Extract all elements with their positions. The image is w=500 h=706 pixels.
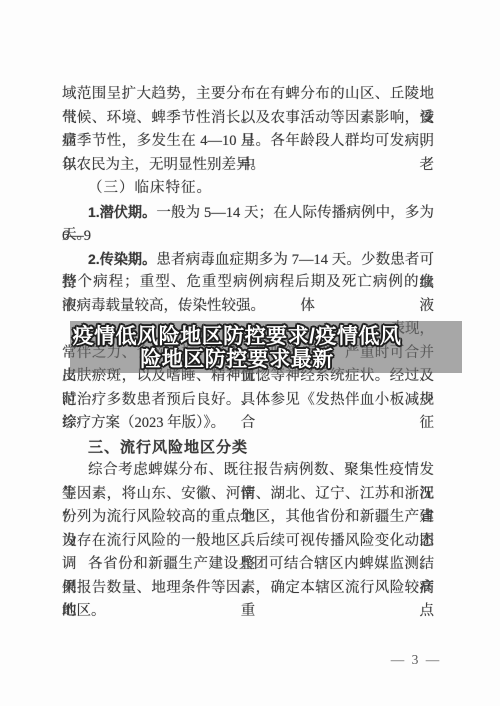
document-line: 综合考虑蜱媒分布、既往报告病例数、聚集性疫情发生情况	[62, 459, 434, 483]
document-run: 地区。	[62, 603, 106, 619]
document-run: 天。	[62, 227, 91, 243]
document-line: 域范围呈扩大趋势，主要分布在有蜱分布的山区、丘陵地带。受	[62, 83, 434, 107]
document-page: 域范围呈扩大趋势，主要分布在有蜱分布的山区、丘陵地带。受气候、环境、蜱季节性消长…	[0, 0, 500, 706]
watermark-title: 疫情低风险地区防控要求/疫情低风 险地区防控要求最新	[70, 325, 404, 371]
document-line: 显季节性，多发生在 4—10 月。各年龄段人群均可发病，以中老	[62, 130, 434, 154]
document-run-bold: 1.潜伏期。	[88, 204, 156, 220]
document-line: 1.潜伏期。一般为 5—14 天；在人际传播病例中，多为 6—9	[62, 201, 434, 225]
document-run: 年农民为主，无明显性别差异。	[62, 157, 265, 173]
watermark-title-line1: 疫情低风险地区防控要求/疫情低风	[70, 325, 404, 348]
document-line: 整个病程；重型、危重型病例病程后期及死亡病例的血液、体液	[62, 271, 434, 295]
watermark-title-line2: 险地区防控要求最新	[70, 348, 404, 371]
document-line: 范治疗多数患者预后良好。具体参见《发热伴血小板减少综合征	[62, 389, 434, 413]
document-run: 三、流行风险地区分类	[88, 439, 248, 456]
document-run-bold: 2.传染期。	[88, 251, 156, 267]
document-run: （三）临床特征。	[88, 180, 212, 196]
document-line: 份列为流行风险较高的重点地区，其他省份和新疆生产建设兵团	[62, 506, 434, 530]
document-line: 各省份和新疆生产建设兵团可结合辖区内蜱媒监测结果、病	[62, 553, 434, 577]
document-line: 2.传染期。患者病毒血症期多为 7—14 天。少数患者可持续	[62, 248, 434, 272]
document-line: 等因素，将山东、安徽、河南、湖北、辽宁、江苏和浙江 7 个省	[62, 483, 434, 507]
document-line: （三）临床特征。	[62, 177, 434, 201]
document-line: 三、流行风险地区分类	[62, 436, 434, 460]
document-run: 中病毒载量较高，传染性较强。	[62, 298, 265, 314]
document-run: 例报告数量、地理条件等因素，确定本辖区流行风险较高的重点	[62, 580, 434, 620]
document-line: 例报告数量、地理条件等因素，确定本辖区流行风险较高的重点	[62, 577, 434, 601]
document-line: 天。	[62, 224, 434, 248]
document-line: 为存在流行风险的一般地区。后续可视传播风险变化动态调整。	[62, 530, 434, 554]
document-line: 气候、环境、蜱季节性消长以及农事活动等因素影响，该病呈明	[62, 107, 434, 131]
document-run: 诊疗方案（2023 年版）》。	[62, 415, 225, 431]
page-number: — 3 —	[370, 652, 462, 668]
